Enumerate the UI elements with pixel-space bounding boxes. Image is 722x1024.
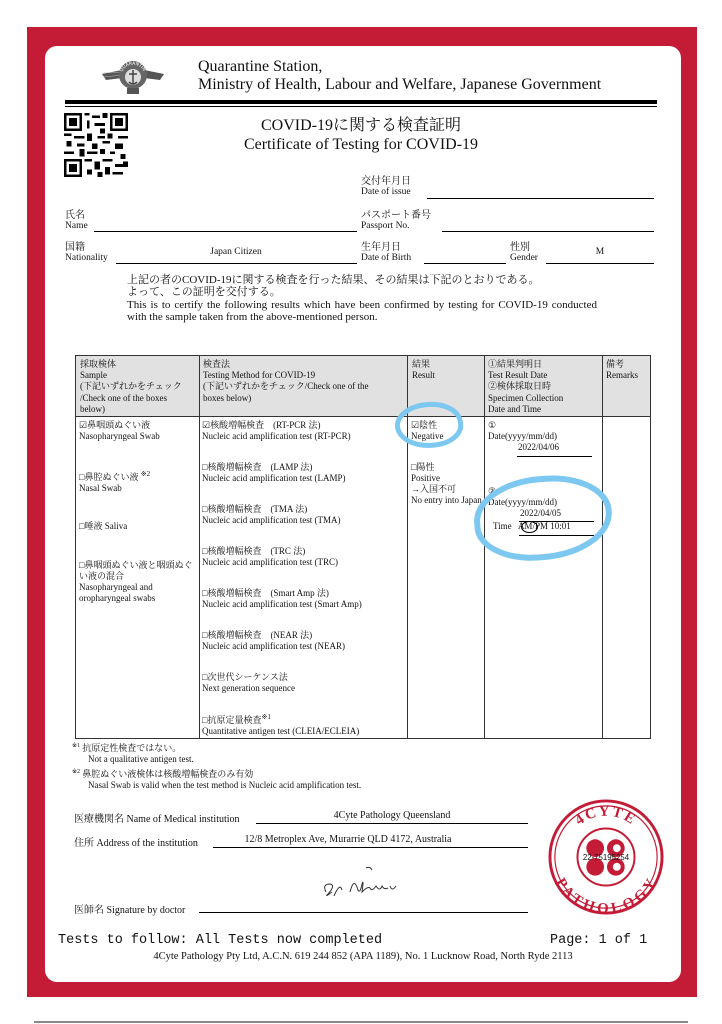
svg-text:PATHOLOGY: PATHOLOGY [552, 876, 660, 916]
institution-address-label: 住所 Address of the institution [74, 834, 198, 849]
gender-value: M [546, 247, 654, 257]
method-option-antigen[interactable]: □抗原定量検査※1 Quantitative antigen test (CLE… [202, 712, 406, 737]
name-label: 氏名 Name [65, 210, 88, 232]
column-divider [602, 356, 603, 738]
date-of-issue-field[interactable] [427, 198, 654, 199]
bottom-divider [34, 1021, 688, 1023]
method-option-lamp[interactable]: □核酸増幅検査 (LAMP 法) Nucleic acid amplificat… [202, 462, 406, 484]
sample-option-nasal[interactable]: □鼻腔ぬぐい液 ※2 Nasal Swab [79, 469, 197, 494]
name-field[interactable] [94, 231, 357, 232]
company-footer: 4Cyte Pathology Pty Ltd, A.C.N. 619 244 … [45, 951, 681, 962]
test-result-date-underline [517, 456, 592, 457]
date-of-issue-label: 交付年月日 Date of issue [361, 176, 411, 198]
passport-label: パスポート番号 Passport No. [361, 210, 431, 232]
method-option-smart-amp[interactable]: □核酸増幅検査 (Smart Amp 法) Nucleic acid ampli… [202, 588, 406, 610]
svg-text:22-75195254: 22-75195254 [583, 853, 630, 862]
method-option-near[interactable]: □核酸増幅検査 (NEAR 法) Nucleic acid amplificat… [202, 630, 406, 652]
page-indicator: Page: 1 of 1 [550, 933, 647, 948]
institution-address-field[interactable] [213, 847, 528, 848]
column-divider [199, 356, 200, 738]
test-result-date: ① Date(yyyy/mm/dd) 2022/04/06 [488, 420, 600, 453]
institution-name-field[interactable] [256, 823, 528, 824]
method-option-trc[interactable]: □核酸増幅検査 (TRC 法) Nucleic acid amplificati… [202, 546, 406, 568]
quarantine-emblem-icon: QUARANTINE [100, 56, 166, 96]
nationality-label: 国籍 Nationality [65, 242, 108, 264]
sample-option-nasopharyngeal[interactable]: ☑鼻咽頭ぬぐい液 Nasopharyngeal Swab [79, 420, 197, 442]
certification-statement: 上記の者のCOVID-19に関する検査を行った結果、その結果は下記のとおりである… [127, 274, 597, 323]
dob-label: 生年月日 Date of Birth [361, 242, 411, 264]
method-option-tma[interactable]: □核酸増幅検査 (TMA 法) Nucleic acid amplificati… [202, 504, 406, 526]
result-option-positive[interactable]: □陽性 Positive →入国不可 No entry into Japan [411, 462, 483, 506]
institution-address-value: 12/8 Metroplex Ave, Murarrie QLD 4172, A… [213, 834, 483, 845]
header-method: 検査法 Testing Method for COVID-19 (下記いずれかを… [203, 359, 407, 404]
doctor-signature-label: 医師名 Signature by doctor [74, 901, 185, 916]
ministry-heading: Quarantine Station, Ministry of Health, … [198, 58, 601, 94]
header-dates: ①結果判明日 Test Result Date ②検体採取日時 Specimen… [488, 359, 600, 415]
method-option-rt-pcr[interactable]: ☑核酸増幅検査 (RT-PCR 法) Nucleic acid amplific… [202, 420, 406, 442]
tests-to-follow: Tests to follow: All Tests now completed [58, 933, 382, 948]
nationality-value: Japan Citizen [116, 247, 356, 257]
header-rule-thick [65, 100, 657, 104]
nationality-field[interactable] [116, 263, 357, 264]
footnotes: ※1 抗原定性検査ではない。 Not a qualitative antigen… [72, 741, 361, 790]
checkbox-checked[interactable]: ☑ [202, 420, 210, 430]
certificate-title: COVID-19に関する検査証明 Certificate of Testing … [200, 116, 522, 154]
sample-option-mixed-swabs[interactable]: □鼻咽頭ぬぐい液と咽頭ぬぐい液の混合 Nasopharyngeal and or… [79, 560, 197, 604]
passport-field[interactable] [442, 231, 654, 232]
doctor-signature-field[interactable] [199, 912, 528, 913]
method-option-ngs[interactable]: □次世代シーケンス法 Next generation sequence [202, 672, 406, 694]
header-sample: 採取検体 Sample (下記いずれかをチェック /Check one of t… [80, 359, 198, 415]
header-result: 結果 Result [412, 359, 482, 381]
gender-label: 性別 Gender [510, 242, 538, 264]
header-rule-thin [65, 106, 657, 107]
doctor-signature [318, 862, 408, 902]
gender-field[interactable] [546, 263, 654, 264]
checkbox-checked[interactable]: ☑ [79, 420, 87, 430]
qr-code-icon[interactable] [64, 113, 128, 177]
pathology-stamp-icon: 4CYTE PATHOLOGY 22-75195254 [547, 798, 665, 916]
test-result-date-value: 2022/04/06 [488, 442, 600, 453]
institution-name-value: 4Cyte Pathology Queensland [256, 810, 528, 821]
sample-option-saliva[interactable]: □唾液 Saliva [79, 521, 197, 532]
dob-field[interactable] [424, 263, 506, 264]
header-remarks: 備考 Remarks [606, 359, 650, 381]
institution-name-label: 医療機関名 Name of Medical institution [74, 810, 240, 825]
